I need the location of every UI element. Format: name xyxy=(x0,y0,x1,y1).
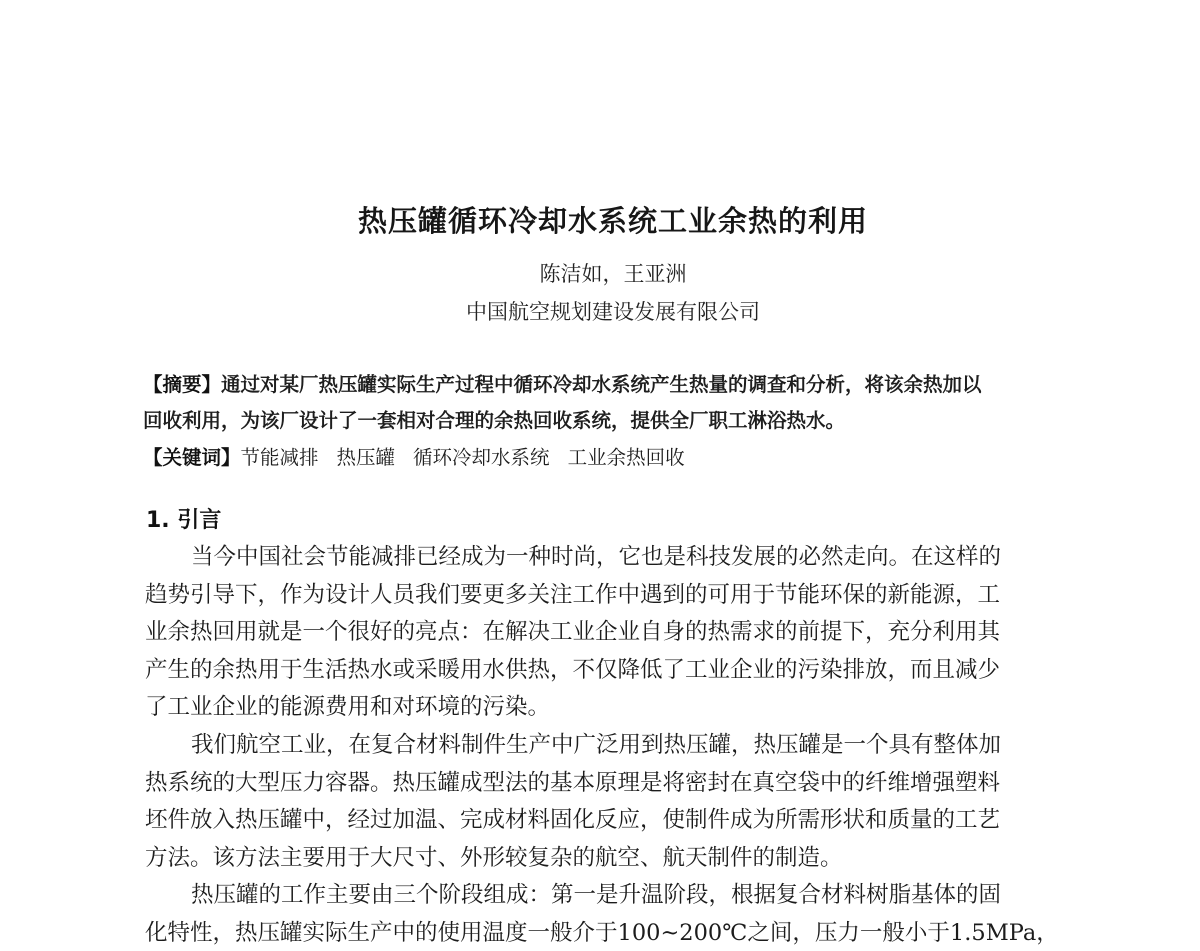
paragraph-line: 化特性，热压罐实际生产中的使用温度一般介于100~200℃之间，压力一般小于1.… xyxy=(145,915,1080,951)
section-heading-introduction: 1. 引言 xyxy=(146,504,221,538)
abstract-text: 通过对某厂热压罐实际生产过程中循环冷却水系统产生热量的调查和分析，将该余热加以 xyxy=(221,373,982,396)
paragraph-line: 热压罐的工作主要由三个阶段组成：第一是升温阶段，根据复合材料树脂基体的固 xyxy=(145,877,1080,915)
paper-affiliation: 中国航空规划建设发展有限公司 xyxy=(0,297,1200,327)
paragraph-line: 了工业企业的能源费用和对环境的污染。 xyxy=(145,689,1080,727)
paper-authors: 陈洁如，王亚洲 xyxy=(0,259,1200,289)
paragraph-line: 坯件放入热压罐中，经过加温、完成材料固化反应，使制件成为所需形状和质量的工艺 xyxy=(145,802,1080,840)
keyword: 工业余热回收 xyxy=(568,446,685,469)
paragraph-line: 产生的余热用于生活热水或采暖用水供热，不仅降低了工业企业的污染排放，而且减少 xyxy=(145,652,1080,690)
keyword: 热压罐 xyxy=(337,446,396,469)
abstract-line: 【摘要】通过对某厂热压罐实际生产过程中循环冷却水系统产生热量的调查和分析，将该余… xyxy=(143,367,1083,403)
abstract-block: 【摘要】通过对某厂热压罐实际生产过程中循环冷却水系统产生热量的调查和分析，将该余… xyxy=(143,367,1083,439)
keywords-block: 【关键词】节能减排热压罐循环冷却水系统工业余热回收 xyxy=(143,440,703,476)
paragraph-line: 业余热回用就是一个很好的亮点：在解决工业企业自身的热需求的前提下，充分利用其 xyxy=(145,614,1080,652)
abstract-label: 【摘要】 xyxy=(143,373,221,396)
abstract-text: 回收利用，为该厂设计了一套相对合理的余热回收系统，提供全厂职工淋浴热水。 xyxy=(143,403,1083,439)
keywords-label: 【关键词】 xyxy=(143,446,241,469)
paragraph-line: 当今中国社会节能减排已经成为一种时尚，它也是科技发展的必然走向。在这样的 xyxy=(145,539,1080,577)
paragraph-line: 方法。该方法主要用于大尺寸、外形较复杂的航空、航天制件的制造。 xyxy=(145,840,1080,878)
paragraph-line: 热系统的大型压力容器。热压罐成型法的基本原理是将密封在真空袋中的纤维增强塑料 xyxy=(145,765,1080,803)
paragraph-line: 我们航空工业，在复合材料制件生产中广泛用到热压罐，热压罐是一个具有整体加 xyxy=(145,727,1080,765)
keyword: 循环冷却水系统 xyxy=(413,446,550,469)
document-page: 热压罐循环冷却水系统工业余热的利用 陈洁如，王亚洲 中国航空规划建设发展有限公司… xyxy=(0,0,1200,951)
paper-title: 热压罐循环冷却水系统工业余热的利用 xyxy=(0,200,1200,242)
section-body-introduction: 当今中国社会节能减排已经成为一种时尚，它也是科技发展的必然走向。在这样的 趋势引… xyxy=(145,539,1080,951)
keyword: 节能减排 xyxy=(241,446,319,469)
paragraph-line: 趋势引导下，作为设计人员我们要更多关注工作中遇到的可用于节能环保的新能源，工 xyxy=(145,577,1080,615)
